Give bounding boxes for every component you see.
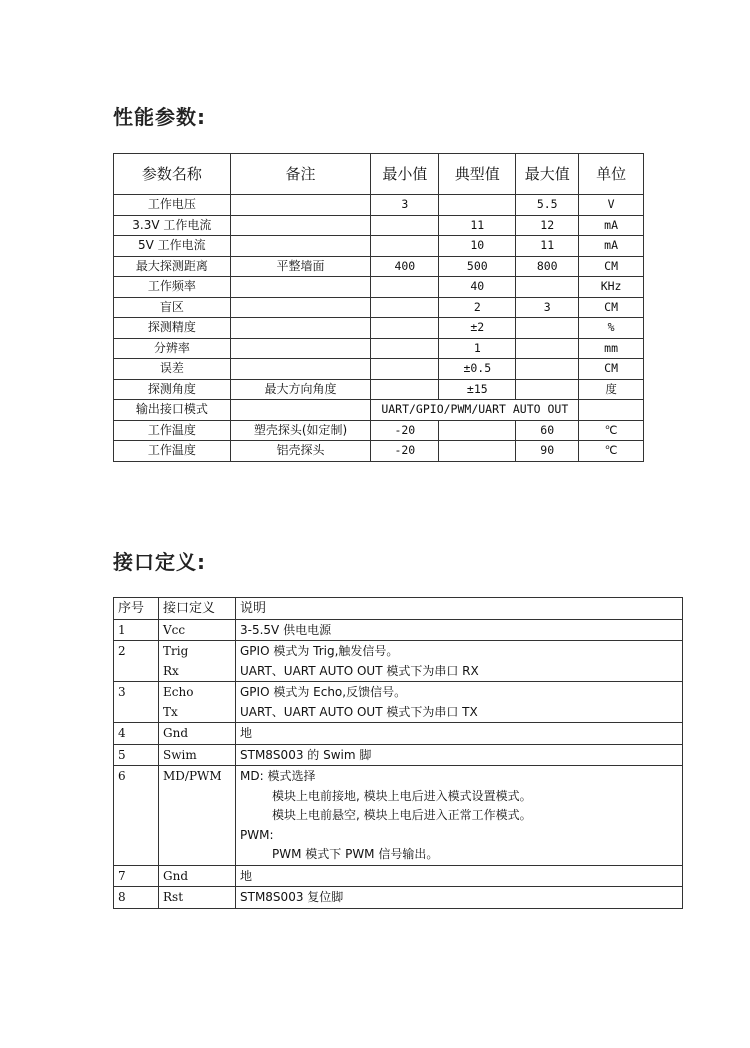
header-unit: 单位 (579, 154, 644, 195)
note-cell (230, 400, 371, 421)
max-cell: 11 (516, 236, 579, 257)
index-cell: 8 (114, 887, 159, 909)
description-line: STM8S003 的 Swim 脚 (240, 746, 678, 766)
max-cell (516, 318, 579, 339)
index-cell: 4 (114, 723, 159, 745)
description-cell: STM8S003 的 Swim 脚 (236, 744, 683, 766)
index-cell: 3 (114, 682, 159, 723)
param-name-cell: 工作温度 (114, 441, 231, 462)
table-row: 分辨率1mm (114, 338, 644, 359)
description-cell: STM8S003 复位脚 (236, 887, 683, 909)
description-cell: MD: 模式选择模块上电前接地, 模块上电后进入模式设置模式。模块上电前悬空, … (236, 766, 683, 866)
performance-section-title: 性能参数: (113, 101, 206, 130)
unit-cell: mm (579, 338, 644, 359)
typ-cell: 10 (439, 236, 516, 257)
header-min: 最小值 (371, 154, 439, 195)
max-cell: 12 (516, 215, 579, 236)
param-name-cell: 5V 工作电流 (114, 236, 231, 257)
table-header-row: 参数名称 备注 最小值 典型值 最大值 单位 (114, 154, 644, 195)
pin-cell: Gnd (159, 723, 236, 745)
unit-cell: KHz (579, 277, 644, 298)
description-cell: 3-5.5V 供电电源 (236, 619, 683, 641)
param-name-cell: 工作电压 (114, 195, 231, 216)
description-line: UART、UART AUTO OUT 模式下为串口 TX (240, 703, 678, 723)
max-cell (516, 359, 579, 380)
interface-table: 序号 接口定义 说明 1Vcc3-5.5V 供电电源2TrigRxGPIO 模式… (113, 597, 683, 909)
table-row: 6MD/PWMMD: 模式选择模块上电前接地, 模块上电后进入模式设置模式。模块… (114, 766, 683, 866)
unit-cell: mA (579, 236, 644, 257)
table-row: 工作温度铝壳探头-2090℃ (114, 441, 644, 462)
param-name-cell: 探测角度 (114, 379, 231, 400)
param-name-cell: 误差 (114, 359, 231, 380)
unit-cell: mA (579, 215, 644, 236)
unit-cell: ℃ (579, 441, 644, 462)
min-cell: -20 (371, 441, 439, 462)
min-cell (371, 236, 439, 257)
table-header-row: 序号 接口定义 说明 (114, 598, 683, 620)
description-line: 3-5.5V 供电电源 (240, 621, 678, 641)
pin-cell: TrigRx (159, 641, 236, 682)
note-cell: 平整墙面 (230, 256, 371, 277)
description-cell: 地 (236, 723, 683, 745)
pin-cell: EchoTx (159, 682, 236, 723)
table-row: 工作频率40KHz (114, 277, 644, 298)
interface-section-title: 接口定义: (113, 546, 206, 575)
table-row: 2TrigRxGPIO 模式为 Trig,触发信号。UART、UART AUTO… (114, 641, 683, 682)
typ-cell: 1 (439, 338, 516, 359)
table-row: 3EchoTxGPIO 模式为 Echo,反馈信号。UART、UART AUTO… (114, 682, 683, 723)
pin-name: Swim (163, 746, 231, 766)
note-cell: 塑壳探头(如定制) (230, 420, 371, 441)
max-cell (516, 277, 579, 298)
note-cell (230, 277, 371, 298)
pin-cell: Swim (159, 744, 236, 766)
description-line: PWM: (240, 826, 678, 846)
header-description: 说明 (236, 598, 683, 620)
description-line: 地 (240, 867, 678, 887)
table-row: 盲区23CM (114, 297, 644, 318)
description-line: STM8S003 复位脚 (240, 888, 678, 908)
description-cell: GPIO 模式为 Echo,反馈信号。UART、UART AUTO OUT 模式… (236, 682, 683, 723)
note-cell (230, 318, 371, 339)
description-line: PWM 模式下 PWM 信号输出。 (240, 845, 678, 865)
note-cell: 最大方向角度 (230, 379, 371, 400)
min-cell (371, 338, 439, 359)
table-row: 5SwimSTM8S003 的 Swim 脚 (114, 744, 683, 766)
table-row: 输出接口模式UART/GPIO/PWM/UART AUTO OUT (114, 400, 644, 421)
max-cell: 3 (516, 297, 579, 318)
pin-name: Gnd (163, 867, 231, 887)
unit-cell: CM (579, 297, 644, 318)
table-row: 7Gnd地 (114, 865, 683, 887)
typ-cell: 2 (439, 297, 516, 318)
table-row: 工作温度塑壳探头(如定制)-2060℃ (114, 420, 644, 441)
param-name-cell: 分辨率 (114, 338, 231, 359)
min-cell (371, 318, 439, 339)
note-cell (230, 195, 371, 216)
header-pin: 接口定义 (159, 598, 236, 620)
unit-cell: % (579, 318, 644, 339)
min-cell: -20 (371, 420, 439, 441)
min-cell (371, 277, 439, 298)
typ-cell: 500 (439, 256, 516, 277)
pin-name: Rx (163, 662, 231, 682)
pin-name: MD/PWM (163, 767, 231, 787)
typ-cell: ±2 (439, 318, 516, 339)
index-cell: 2 (114, 641, 159, 682)
pin-name: Vcc (163, 621, 231, 641)
unit-cell: CM (579, 256, 644, 277)
typ-cell (439, 195, 516, 216)
typ-cell: ±15 (439, 379, 516, 400)
description-line: 模块上电前接地, 模块上电后进入模式设置模式。 (240, 787, 678, 807)
description-line: 模块上电前悬空, 模块上电后进入正常工作模式。 (240, 806, 678, 826)
merged-value-cell: UART/GPIO/PWM/UART AUTO OUT (371, 400, 579, 421)
min-cell (371, 359, 439, 380)
header-max: 最大值 (516, 154, 579, 195)
min-cell (371, 215, 439, 236)
note-cell (230, 338, 371, 359)
table-row: 误差±0.5CM (114, 359, 644, 380)
max-cell: 60 (516, 420, 579, 441)
note-cell (230, 359, 371, 380)
param-name-cell: 探测精度 (114, 318, 231, 339)
typ-cell: ±0.5 (439, 359, 516, 380)
unit-cell: 度 (579, 379, 644, 400)
param-name-cell: 工作频率 (114, 277, 231, 298)
pin-name: Gnd (163, 724, 231, 744)
max-cell (516, 338, 579, 359)
index-cell: 5 (114, 744, 159, 766)
table-row: 探测角度最大方向角度±15度 (114, 379, 644, 400)
typ-cell: 40 (439, 277, 516, 298)
max-cell (516, 379, 579, 400)
note-cell (230, 236, 371, 257)
pin-name: Rst (163, 888, 231, 908)
description-line: UART、UART AUTO OUT 模式下为串口 RX (240, 662, 678, 682)
header-index: 序号 (114, 598, 159, 620)
max-cell: 90 (516, 441, 579, 462)
pin-cell: Vcc (159, 619, 236, 641)
param-name-cell: 盲区 (114, 297, 231, 318)
param-name-cell: 工作温度 (114, 420, 231, 441)
min-cell (371, 297, 439, 318)
typ-cell: 11 (439, 215, 516, 236)
description-line: GPIO 模式为 Trig,触发信号。 (240, 642, 678, 662)
pin-cell: MD/PWM (159, 766, 236, 866)
unit-cell: CM (579, 359, 644, 380)
index-cell: 7 (114, 865, 159, 887)
max-cell: 800 (516, 256, 579, 277)
note-cell (230, 215, 371, 236)
pin-name: Tx (163, 703, 231, 723)
table-row: 1Vcc3-5.5V 供电电源 (114, 619, 683, 641)
note-cell (230, 297, 371, 318)
note-cell: 铝壳探头 (230, 441, 371, 462)
min-cell (371, 379, 439, 400)
header-param-name: 参数名称 (114, 154, 231, 195)
index-cell: 6 (114, 766, 159, 866)
index-cell: 1 (114, 619, 159, 641)
pin-name: Trig (163, 642, 231, 662)
pin-cell: Gnd (159, 865, 236, 887)
pin-name: Echo (163, 683, 231, 703)
param-name-cell: 最大探测距离 (114, 256, 231, 277)
table-row: 3.3V 工作电流1112mA (114, 215, 644, 236)
table-row: 8RstSTM8S003 复位脚 (114, 887, 683, 909)
description-cell: 地 (236, 865, 683, 887)
header-typ: 典型值 (439, 154, 516, 195)
table-row: 5V 工作电流1011mA (114, 236, 644, 257)
max-cell: 5.5 (516, 195, 579, 216)
table-row: 探测精度±2% (114, 318, 644, 339)
header-note: 备注 (230, 154, 371, 195)
min-cell: 3 (371, 195, 439, 216)
description-cell: GPIO 模式为 Trig,触发信号。UART、UART AUTO OUT 模式… (236, 641, 683, 682)
param-name-cell: 3.3V 工作电流 (114, 215, 231, 236)
description-line: GPIO 模式为 Echo,反馈信号。 (240, 683, 678, 703)
description-line: 地 (240, 724, 678, 744)
param-name-cell: 输出接口模式 (114, 400, 231, 421)
description-line: MD: 模式选择 (240, 767, 678, 787)
typ-cell (439, 420, 516, 441)
unit-cell: ℃ (579, 420, 644, 441)
performance-table: 参数名称 备注 最小值 典型值 最大值 单位 工作电压35.5V3.3V 工作电… (113, 153, 644, 462)
table-row: 4Gnd地 (114, 723, 683, 745)
unit-cell: V (579, 195, 644, 216)
unit-cell (579, 400, 644, 421)
pin-cell: Rst (159, 887, 236, 909)
typ-cell (439, 441, 516, 462)
table-row: 最大探测距离平整墙面400500800CM (114, 256, 644, 277)
min-cell: 400 (371, 256, 439, 277)
table-row: 工作电压35.5V (114, 195, 644, 216)
